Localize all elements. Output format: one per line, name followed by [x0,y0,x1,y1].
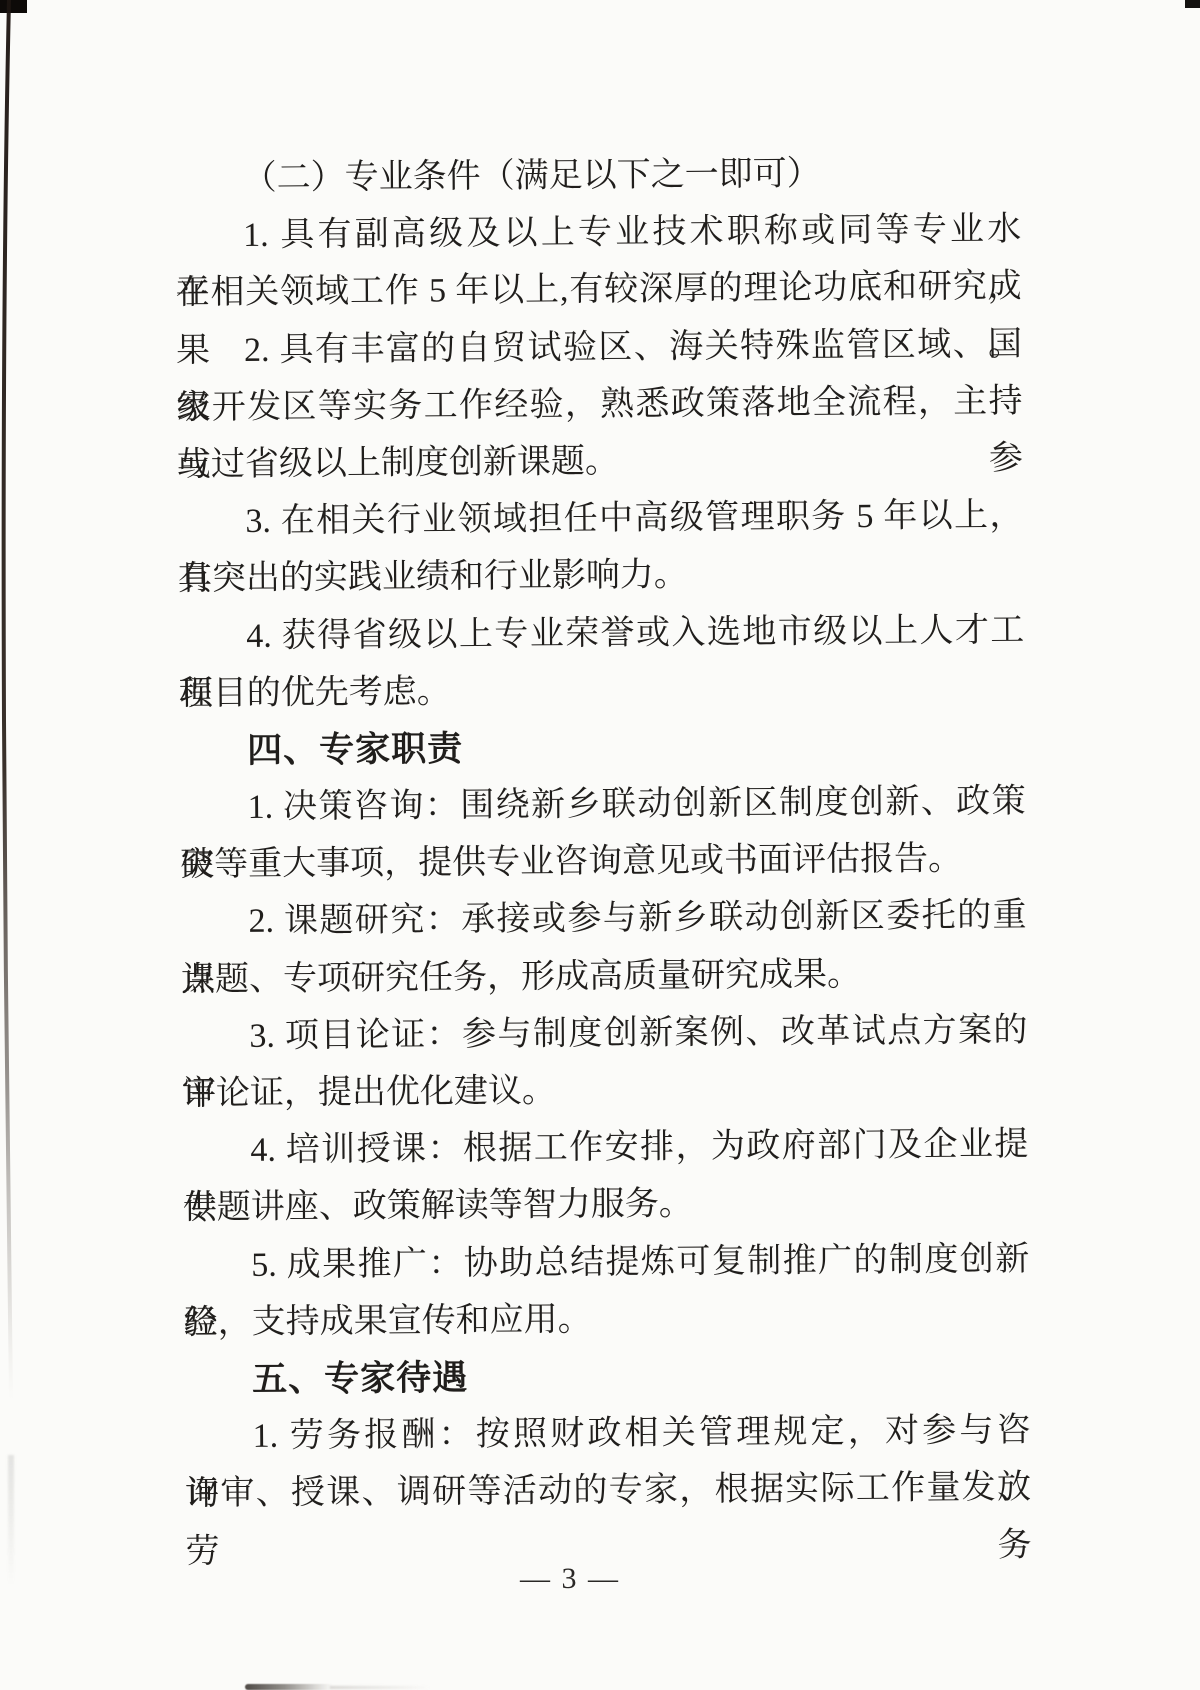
doc-line: 4. 获得省级以上专业荣誉或入选地市级以上人才工程 [178,601,1024,665]
document-body: （二）专业条件（满足以下之一即可） 1. 具有副高级及以上专业技术职称或同等专业… [175,144,1032,1523]
doc-line: 评审、授课、调研等活动的专家，根据实际工作量发放劳务 [185,1459,1031,1523]
doc-line: 有突出的实践业绩和行业影响力。 [178,544,1024,608]
doc-line: 1. 劳务报酬：按照财政相关管理规定，对参与咨询、 [184,1402,1030,1466]
section-heading-4: 四、专家职责 [179,716,1025,780]
doc-line: 在相关领域工作 5 年以上,有较深厚的理论功底和研究成果。 [175,258,1021,322]
doc-line: 项目的优先考虑。 [179,659,1025,723]
section-heading-5: 五、专家待遇 [184,1345,1030,1409]
doc-line: 5. 成果推广：协助总结提炼可复制推广的制度创新经 [183,1230,1029,1294]
doc-line: 验，支持成果宣传和应用。 [183,1288,1029,1352]
scan-bottom-smudge-tail [330,1686,430,1689]
doc-line: 4. 培训授课：根据工作安排，为政府部门及企业提供 [182,1116,1028,1180]
doc-line: 2. 具有丰富的自贸试验区、海关特殊监管区域、国家 [176,315,1022,379]
page-number: — 3 — [0,1562,1170,1596]
scan-bottom-smudge [245,1684,333,1690]
doc-line: 3. 项目论证：参与制度创新案例、改革试点方案的评 [181,1002,1027,1066]
scan-corner-mark-top-right [1185,0,1200,8]
doc-line: 审论证，提出优化建议。 [182,1059,1028,1123]
doc-line: 2. 课题研究：承接或参与新乡联动创新区委托的重点 [180,887,1026,951]
doc-line: 3. 在相关行业领域担任中高级管理职务 5 年以上，具 [177,487,1023,551]
doc-line: 课题、专项研究任务，形成高质量研究成果。 [181,944,1027,1008]
doc-line: 1. 具有副高级及以上专业技术职称或同等专业水平， [175,201,1021,265]
scanned-document-page: （二）专业条件（满足以下之一即可） 1. 具有副高级及以上专业技术职称或同等专业… [0,0,1200,1690]
doc-line: 级开发区等实务工作经验，熟悉政策落地全流程，主持或参 [176,373,1022,437]
subsection-heading: （二）专业条件（满足以下之一即可） [175,144,1021,208]
doc-line: 专题讲座、政策解读等智力服务。 [183,1173,1029,1237]
doc-line: 1. 决策咨询：围绕新乡联动创新区制度创新、政策突 [179,773,1025,837]
scan-left-edge-line [0,0,24,1400]
doc-line: 破等重大事项，提供专业咨询意见或书面评估报告。 [180,830,1026,894]
